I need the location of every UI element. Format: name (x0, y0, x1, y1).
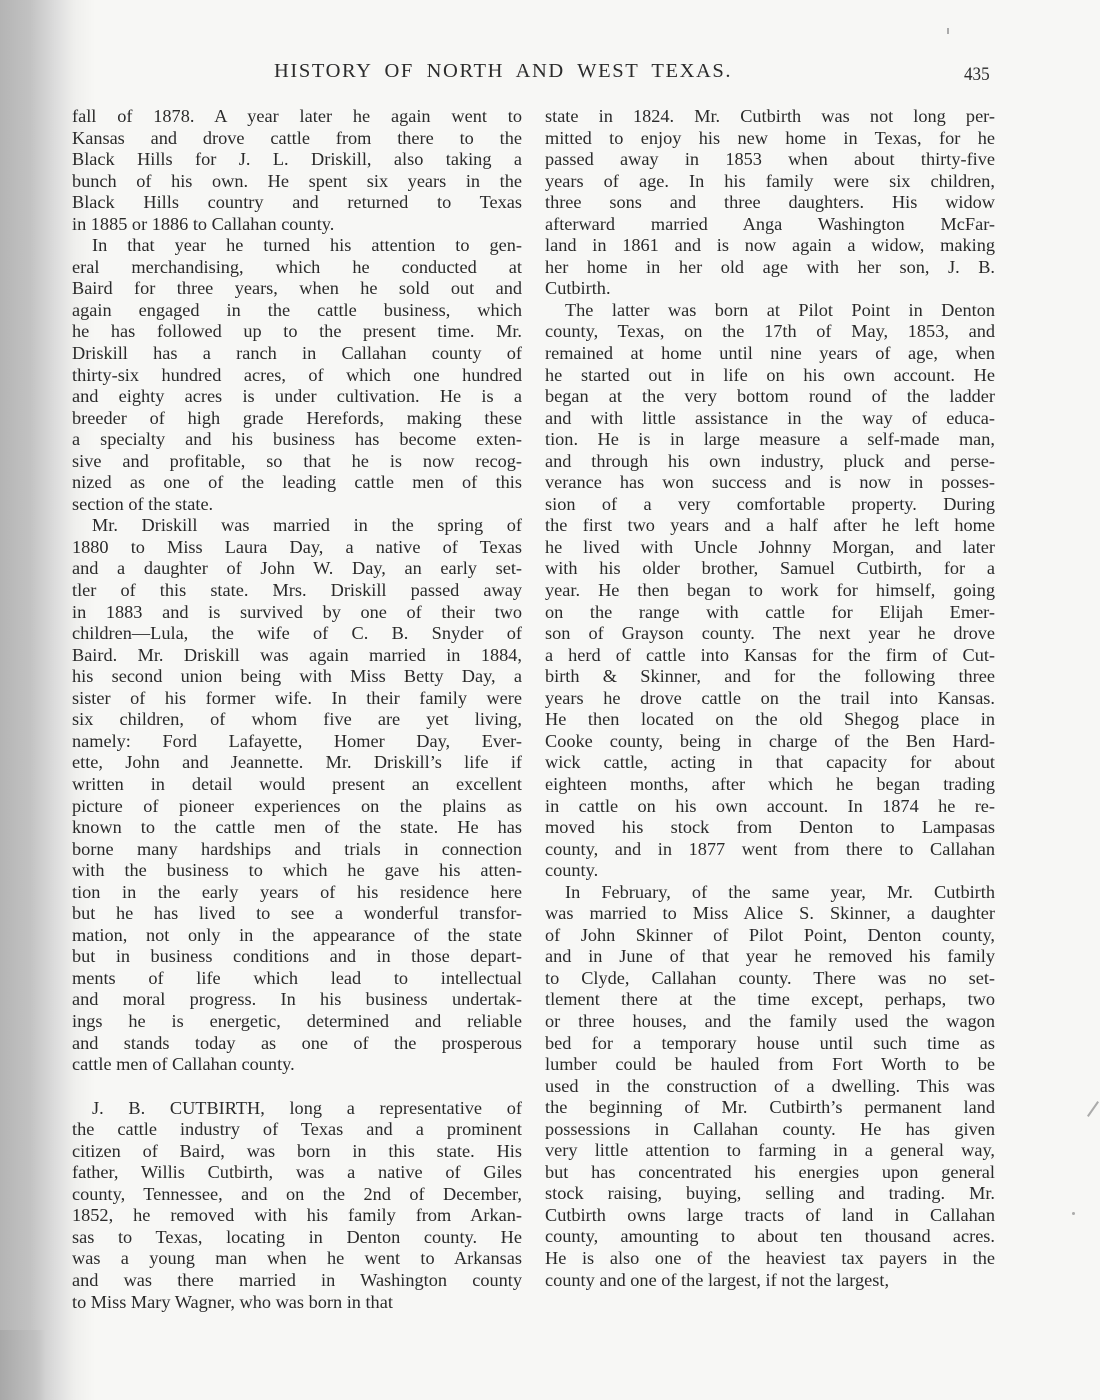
gutter-shadow (0, 1330, 45, 1400)
scan-mark (1087, 1101, 1099, 1117)
text-line: a specialty and his business has become … (72, 429, 522, 451)
text-line: but has concentrated his energies upon g… (545, 1162, 995, 1184)
text-line: father, Willis Cutbirth, was a native of… (72, 1162, 522, 1184)
text-line: and moral progress. In his business unde… (72, 989, 522, 1011)
text-line: or three houses, and the family used the… (545, 1011, 995, 1033)
text-line: and was there married in Washington coun… (72, 1270, 522, 1292)
text-line: Baird. Mr. Driskill was again married in… (72, 645, 522, 667)
text-line: In February, of the same year, Mr. Cutbi… (545, 882, 995, 904)
text-line: Black Hills for J. L. Driskill, also tak… (72, 149, 522, 171)
text-line: county, amounting to about ten thousand … (545, 1226, 995, 1248)
text-line: was a young man when he went to Arkansas (72, 1248, 522, 1270)
text-line: eighteen months, after which he began tr… (545, 774, 995, 796)
text-line: mitted to enjoy his new home in Texas, f… (545, 128, 995, 150)
text-line: to Miss Mary Wagner, who was born in tha… (72, 1292, 522, 1314)
text-line: county, Texas, on the 17th of May, 1853,… (545, 321, 995, 343)
text-line: sion of a very comfortable property. Dur… (545, 494, 995, 516)
text-line: and a daughter of John W. Day, an early … (72, 558, 522, 580)
section-gap (72, 1076, 522, 1098)
text-line: and eighty acres is under cultivation. H… (72, 386, 522, 408)
right-column: state in 1824. Mr. Cutbirth was not long… (545, 106, 995, 1291)
text-line: eral merchandising, which he conducted a… (72, 257, 522, 279)
text-line: borne many hardships and trials in conne… (72, 839, 522, 861)
text-line: the cattle industry of Texas and a promi… (72, 1119, 522, 1141)
text-line: with his older brother, Samuel Cutbirth,… (545, 558, 995, 580)
text-line: on the range with cattle for Elijah Emer… (545, 602, 995, 624)
left-column: fall of 1878. A year later he again went… (72, 106, 522, 1313)
text-line: began at the very bottom round of the la… (545, 386, 995, 408)
text-line: ette, John and Jeannette. Mr. Driskill’s… (72, 752, 522, 774)
text-line: was married to Miss Alice S. Skinner, a … (545, 903, 995, 925)
text-line: citizen of Baird, was born in this state… (72, 1141, 522, 1163)
text-line: sas to Texas, locating in Denton county.… (72, 1227, 522, 1249)
text-line: sive and profitable, so that he is now r… (72, 451, 522, 473)
text-line: to Clyde, Callahan county. There was no … (545, 968, 995, 990)
text-line: land in 1861 and is now again a widow, m… (545, 235, 995, 257)
text-line: Cooke county, being in charge of the Ben… (545, 731, 995, 753)
text-line: mation, not only in the appearance of th… (72, 925, 522, 947)
text-line: with the business to which he gave his a… (72, 860, 522, 882)
text-line: namely: Ford Lafayette, Homer Day, Ever- (72, 731, 522, 753)
text-line: tion in the early years of his residence… (72, 882, 522, 904)
text-line: and with little assistance in the way of… (545, 408, 995, 430)
text-line: and stands today as one of the prosperou… (72, 1033, 522, 1055)
text-line: children—Lula, the wife of C. B. Snyder … (72, 623, 522, 645)
paragraph: The latter was born at Pilot Point in De… (545, 300, 995, 882)
paragraph: In that year he turned his attention to … (72, 235, 522, 515)
text-line: county, Tennessee, and on the 2nd of Dec… (72, 1184, 522, 1206)
text-line: state in 1824. Mr. Cutbirth was not long… (545, 106, 995, 128)
text-line: verance has won success and is now in po… (545, 472, 995, 494)
text-line: passed away in 1853 when about thirty-fi… (545, 149, 995, 171)
text-line: he started out in life on his own accoun… (545, 365, 995, 387)
text-line: birth & Skinner, and for the following t… (545, 666, 995, 688)
text-line: Kansas and drove cattle from there to th… (72, 128, 522, 150)
text-line: year. He then began to work for himself,… (545, 580, 995, 602)
page-number: 435 (964, 64, 990, 86)
text-line: wick cattle, acting in that capacity for… (545, 752, 995, 774)
scan-mark (1072, 1212, 1075, 1215)
text-line: years he drove cattle on the trail into … (545, 688, 995, 710)
text-line: ings he is energetic, determined and rel… (72, 1011, 522, 1033)
running-header-title: HISTORY OF NORTH AND WEST TEXAS. (274, 60, 732, 83)
paragraph: fall of 1878. A year later he again went… (72, 106, 522, 235)
text-line: county. (545, 860, 995, 882)
text-line: lumber could be hauled from Fort Worth t… (545, 1054, 995, 1076)
text-line: remained at home until nine years of age… (545, 343, 995, 365)
paragraph: state in 1824. Mr. Cutbirth was not long… (545, 106, 995, 300)
text-line: again engaged in the cattle business, wh… (72, 300, 522, 322)
text-line: afterward married Anga Washington McFar- (545, 214, 995, 236)
text-line: The latter was born at Pilot Point in De… (545, 300, 995, 322)
text-line: thirty-six hundred acres, of which one h… (72, 365, 522, 387)
text-line: He is also one of the heaviest tax payer… (545, 1248, 995, 1270)
text-line: son of Grayson county. The next year he … (545, 623, 995, 645)
scanned-book-page: HISTORY OF NORTH AND WEST TEXAS. 435 fal… (0, 0, 1100, 1400)
text-line: Cutbirth. (545, 278, 995, 300)
text-line: fall of 1878. A year later he again went… (72, 106, 522, 128)
paragraph: Mr. Driskill was married in the spring o… (72, 515, 522, 1075)
text-line: 1852, he removed with his family from Ar… (72, 1205, 522, 1227)
scan-mark (947, 28, 949, 34)
paragraph: In February, of the same year, Mr. Cutbi… (545, 882, 995, 1291)
text-line: Cutbirth owns large tracts of land in Ca… (545, 1205, 995, 1227)
text-line: He then located on the old Shegog place … (545, 709, 995, 731)
text-line: and through his own industry, pluck and … (545, 451, 995, 473)
text-line: stock raising, buying, selling and tradi… (545, 1183, 995, 1205)
text-line: in cattle on his own account. In 1874 he… (545, 796, 995, 818)
text-line: nized as one of the leading cattle men o… (72, 472, 522, 494)
text-line: three sons and three daughters. His wido… (545, 192, 995, 214)
text-line: six children, of whom five are yet livin… (72, 709, 522, 731)
text-line: picture of pioneer experiences on the pl… (72, 796, 522, 818)
text-line: very little attention to farming in a ge… (545, 1140, 995, 1162)
text-line: tion. He is in large measure a self-made… (545, 429, 995, 451)
text-line: used in the construction of a dwelling. … (545, 1076, 995, 1098)
text-line: county and one of the largest, if not th… (545, 1270, 995, 1292)
text-line: In that year he turned his attention to … (72, 235, 522, 257)
text-line: written in detail would present an excel… (72, 774, 522, 796)
text-line: years of age. In his family were six chi… (545, 171, 995, 193)
text-line: a herd of cattle into Kansas for the fir… (545, 645, 995, 667)
text-line: sister of his former wife. In their fami… (72, 688, 522, 710)
text-line: but he has lived to see a wonderful tran… (72, 903, 522, 925)
text-line: he has followed up to the present time. … (72, 321, 522, 343)
text-line: county, and in 1877 went from there to C… (545, 839, 995, 861)
text-line: and in June of that year he removed his … (545, 946, 995, 968)
text-line: Black Hills country and returned to Texa… (72, 192, 522, 214)
text-line: her home in her old age with her son, J.… (545, 257, 995, 279)
text-line: but in business conditions and in those … (72, 946, 522, 968)
text-line: 1880 to Miss Laura Day, a native of Texa… (72, 537, 522, 559)
text-line: of John Skinner of Pilot Point, Denton c… (545, 925, 995, 947)
text-line: the beginning of Mr. Cutbirth’s permanen… (545, 1097, 995, 1119)
text-line: cattle men of Callahan county. (72, 1054, 522, 1076)
text-line: he lived with Uncle Johnny Morgan, and l… (545, 537, 995, 559)
text-line: Baird for three years, when he sold out … (72, 278, 522, 300)
text-line: Mr. Driskill was married in the spring o… (72, 515, 522, 537)
text-line: possessions in Callahan county. He has g… (545, 1119, 995, 1141)
text-line: moved his stock from Denton to Lampasas (545, 817, 995, 839)
paragraph: J. B. CUTBIRTH, long a representative of… (72, 1098, 522, 1313)
text-line: the first two years and a half after he … (545, 515, 995, 537)
text-line: in 1885 or 1886 to Callahan county. (72, 214, 522, 236)
text-line: section of the state. (72, 494, 522, 516)
text-line: in 1883 and is survived by one of their … (72, 602, 522, 624)
text-line: breeder of high grade Herefords, making … (72, 408, 522, 430)
text-line: known to the cattle men of the state. He… (72, 817, 522, 839)
text-line: ments of life which lead to intellectual (72, 968, 522, 990)
text-line: Driskill has a ranch in Callahan county … (72, 343, 522, 365)
text-line: tler of this state. Mrs. Driskill passed… (72, 580, 522, 602)
text-line: J. B. CUTBIRTH, long a representative of (72, 1098, 522, 1120)
text-line: bunch of his own. He spent six years in … (72, 171, 522, 193)
text-line: his second union being with Miss Betty D… (72, 666, 522, 688)
text-line: bed for a temporary house until such tim… (545, 1033, 995, 1055)
text-line: tlement there at the time except, perhap… (545, 989, 995, 1011)
